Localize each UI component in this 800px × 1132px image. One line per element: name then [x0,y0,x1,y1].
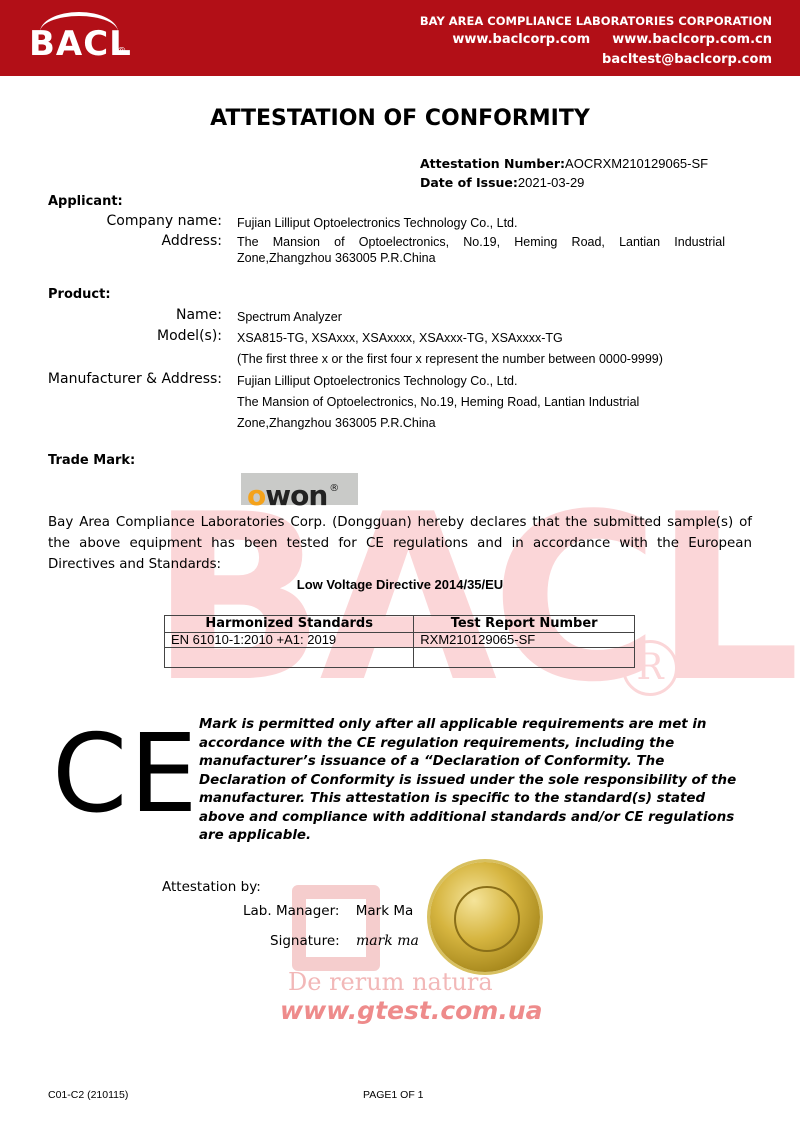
bacl-logo: BACL [29,24,132,64]
trademark-heading: Trade Mark: [48,453,135,468]
address-label: Address: [162,233,222,249]
corp-name: BAY AREA COMPLIANCE LABORATORIES CORPORA… [420,13,772,29]
report-number-cell: RXM210129065-SF [414,633,635,648]
attestation-number: Attestation Number:AOCRXM210129065-SF [420,154,708,173]
standards-table: Harmonized Standards Test Report Number … [164,615,635,668]
models-value: XSA815-TG, XSAxxx, XSAxxxx, XSAxxx-TG, X… [237,330,725,346]
page-number: PAGE1 OF 1 [363,1089,424,1101]
gtest-url: www.gtest.com.ua [280,996,543,1025]
corp-websites: www.baclcorp.comwww.baclcorp.com.cn [420,29,772,50]
company-name-value: Fujian Lilliput Optoelectronics Technolo… [237,215,725,231]
manufacturer-line: Fujian Lilliput Optoelectronics Technolo… [237,373,725,389]
page-title: ATTESTATION OF CONFORMITY [0,106,800,131]
gold-seal-icon [430,862,540,972]
standard-cell [165,648,414,668]
corp-info: BAY AREA COMPLIANCE LABORATORIES CORPORA… [420,13,772,69]
table-row [165,648,635,668]
standard-cell: EN 61010-1:2010 +A1: 2019 [165,633,414,648]
form-code: C01-C2 (210115) [48,1089,128,1101]
table-row: EN 61010-1:2010 +A1: 2019 RXM210129065-S… [165,633,635,648]
declaration-text: Bay Area Compliance Laboratories Corp. (… [48,512,752,575]
website-link[interactable]: www.baclcorp.com [452,32,590,47]
corp-email[interactable]: bacltest@baclcorp.com [420,50,772,69]
signature-label: Signature: [270,933,340,949]
owon-logo: owon® [241,473,358,505]
column-header: Harmonized Standards [165,616,414,633]
product-heading: Product: [48,287,111,302]
product-name-value: Spectrum Analyzer [237,309,725,325]
bacl-watermark: BACL [150,470,690,730]
ce-mark-note: Mark is permitted only after all applica… [199,716,739,846]
manufacturer-line: The Mansion of Optoelectronics, No.19, H… [237,394,725,410]
directive-title: Low Voltage Directive 2014/35/EU [0,577,800,592]
address-value: The Mansion of Optoelectronics, No.19, H… [237,234,725,266]
ce-mark-icon: CE [52,731,182,819]
header-banner: BACL ® BAY AREA COMPLIANCE LABORATORIES … [0,0,800,76]
report-number-cell [414,648,635,668]
lab-manager-label: Lab. Manager: [243,903,339,919]
lab-manager-row: Lab. Manager: Mark Ma [243,903,413,919]
lab-manager-name: Mark Ma [356,903,414,919]
product-name-label: Name: [176,307,222,323]
applicant-heading: Applicant: [48,194,123,209]
manufacturer-line: Zone,Zhangzhou 363005 P.R.China [237,415,725,431]
table-header-row: Harmonized Standards Test Report Number [165,616,635,633]
manufacturer-label: Manufacturer & Address: [48,371,222,387]
gtest-motto: De rerum natura [288,968,493,996]
website-link-cn[interactable]: www.baclcorp.com.cn [612,32,772,47]
attestation-meta: Attestation Number:AOCRXM210129065-SF Da… [420,154,708,192]
registered-icon: ® [118,46,125,57]
signature: mark ma [356,933,419,949]
signature-row: Signature: mark ma [270,933,419,949]
company-name-label: Company name: [107,213,222,229]
gtest-logo-icon [292,885,380,971]
column-header: Test Report Number [414,616,635,633]
models-label: Model(s): [157,328,222,344]
seal-inner-ring [454,886,520,952]
attestation-by-label: Attestation by: [162,879,261,895]
date-of-issue: Date of Issue:2021-03-29 [420,173,708,192]
models-note: (The first three x or the first four x r… [237,351,725,367]
